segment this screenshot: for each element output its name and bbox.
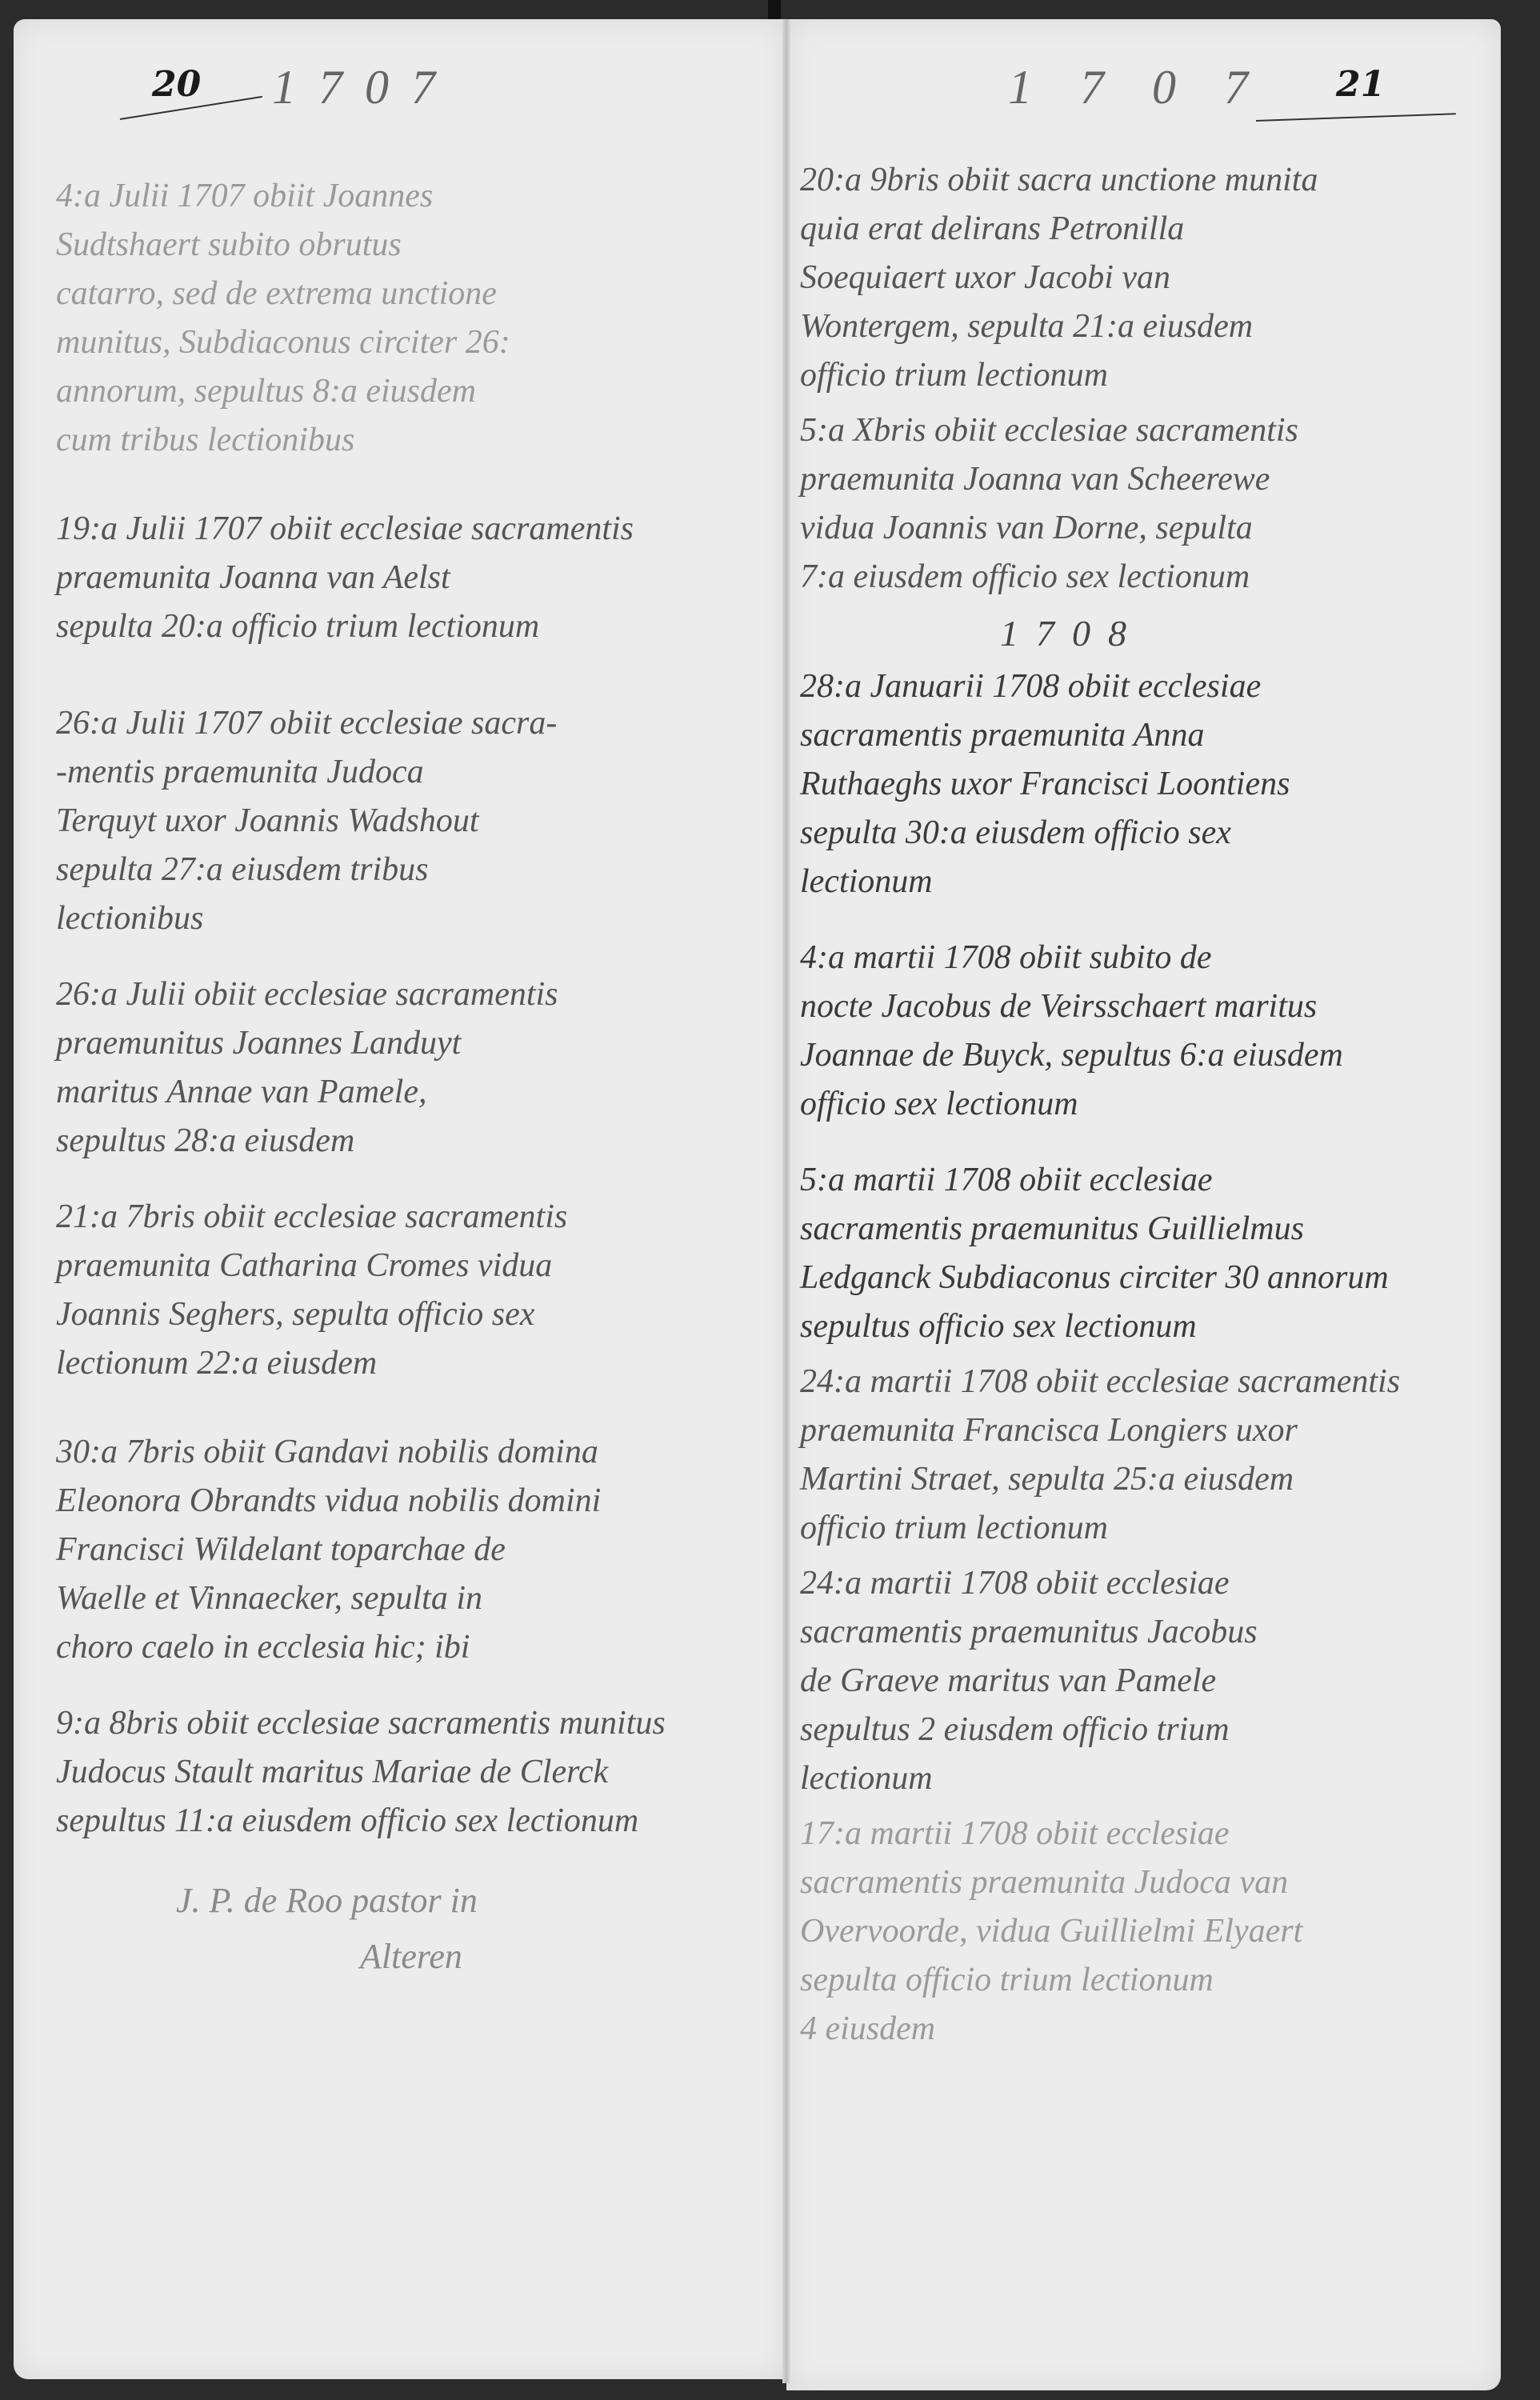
signature-place: Alteren	[176, 1929, 776, 1985]
folio-number-left: 20	[152, 64, 201, 105]
entry-line: praemunita Francisca Longiers uxor	[800, 1406, 1496, 1455]
entry-left-7: 9:a 8bris obiit ecclesiae sacramentis mu…	[56, 1699, 776, 1846]
entry-line: sepultus 28:a eiusdem	[56, 1117, 776, 1166]
entry-left-4: 26:a Julii obiit ecclesiae sacramentis p…	[56, 970, 776, 1166]
entry-line: 24:a martii 1708 obiit ecclesiae	[800, 1559, 1496, 1608]
entry-line: Terquyt uxor Joannis Wadshout	[56, 797, 776, 846]
entry-line: lectionum 22:a eiusdem	[56, 1339, 776, 1388]
signature-line: J. P. de Roo pastor in	[176, 1873, 776, 1929]
entry-line: praemunitus Joannes Landuyt	[56, 1019, 776, 1068]
entry-line: de Graeve maritus van Pamele	[800, 1657, 1496, 1706]
entry-line: 4:a Julii 1707 obiit Joannes	[56, 172, 776, 221]
entry-line: 20:a 9bris obiit sacra unctione munita	[800, 156, 1496, 205]
entry-line: nocte Jacobus de Veirsschaert maritus	[800, 982, 1496, 1031]
entry-line: praemunita Joanna van Scheerewe	[800, 455, 1496, 504]
entry-line: lectionibus	[56, 894, 776, 943]
entry-right-4: 4:a martii 1708 obiit subito de nocte Ja…	[800, 934, 1496, 1129]
entry-line: sepultus officio sex lectionum	[800, 1302, 1496, 1351]
entry-line: quia erat delirans Petronilla	[800, 205, 1496, 254]
entry-line: lectionum	[800, 858, 1496, 906]
spine-top	[768, 0, 781, 19]
entry-line: vidua Joannis van Dorne, sepulta	[800, 504, 1496, 553]
entry-line: annorum, sepultus 8:a eiusdem	[56, 367, 776, 416]
entry-line: cum tribus lectionibus	[56, 416, 776, 465]
right-entries: 20:a 9bris obiit sacra unctione munita q…	[800, 156, 1496, 2081]
entry-left-1: 4:a Julii 1707 obiit Joannes Sudtshaert …	[56, 172, 776, 465]
year-header-left: 1707	[272, 60, 458, 115]
entry-line: officio sex lectionum	[800, 1080, 1496, 1129]
entry-line: praemunita Catharina Cromes vidua	[56, 1242, 776, 1290]
entry-line: officio trium lectionum	[800, 351, 1496, 400]
entry-line: 30:a 7bris obiit Gandavi nobilis domina	[56, 1428, 776, 1477]
entry-line: Wontergem, sepulta 21:a eiusdem	[800, 302, 1496, 351]
entry-right-5: 5:a martii 1708 obiit ecclesiae sacramen…	[800, 1156, 1496, 1351]
entry-line: sepulta officio trium lectionum	[800, 1956, 1496, 2005]
entry-right-1: 20:a 9bris obiit sacra unctione munita q…	[800, 156, 1496, 400]
pastor-signature: J. P. de Roo pastor in Alteren	[56, 1873, 776, 1985]
entry-line: Eleonora Obrandts vidua nobilis domini	[56, 1477, 776, 1526]
entry-right-8: 17:a martii 1708 obiit ecclesiae sacrame…	[800, 1810, 1496, 2054]
entry-line: sepulta 27:a eiusdem tribus	[56, 846, 776, 894]
book-gutter	[782, 19, 790, 2383]
entry-line: 21:a 7bris obiit ecclesiae sacramentis	[56, 1193, 776, 1242]
entry-line: sacramentis praemunitus Jacobus	[800, 1608, 1496, 1657]
entry-line: munitus, Subdiaconus circiter 26:	[56, 318, 776, 367]
entry-line: 26:a Julii obiit ecclesiae sacramentis	[56, 970, 776, 1019]
entry-line: 5:a martii 1708 obiit ecclesiae	[800, 1156, 1496, 1205]
entry-line: 7:a eiusdem officio sex lectionum	[800, 553, 1496, 602]
entry-line: sepulta 30:a eiusdem officio sex	[800, 809, 1496, 858]
entry-line: Overvoorde, vidua Guillielmi Elyaert	[800, 1907, 1496, 1956]
entry-line: catarro, sed de extrema unctione	[56, 270, 776, 318]
entry-line: sacramentis praemunitus Guillielmus	[800, 1205, 1496, 1254]
entry-left-5: 21:a 7bris obiit ecclesiae sacramentis p…	[56, 1193, 776, 1388]
folio-number-right: 21	[1336, 64, 1385, 105]
entry-line: Ledganck Subdiaconus circiter 30 annorum	[800, 1254, 1496, 1302]
entry-right-7: 24:a martii 1708 obiit ecclesiae sacrame…	[800, 1559, 1496, 1803]
entry-line: Joannae de Buyck, sepultus 6:a eiusdem	[800, 1031, 1496, 1080]
entry-line: 28:a Januarii 1708 obiit ecclesiae	[800, 662, 1496, 711]
year-header-right: 1707	[1008, 60, 1296, 115]
entry-line: Soequiaert uxor Jacobi van	[800, 254, 1496, 302]
entry-line: 9:a 8bris obiit ecclesiae sacramentis mu…	[56, 1699, 776, 1748]
entry-line: Joannis Seghers, sepulta officio sex	[56, 1290, 776, 1339]
entry-left-3: 26:a Julii 1707 obiit ecclesiae sacra- -…	[56, 699, 776, 943]
entry-line: Judocus Stault maritus Mariae de Clerck	[56, 1748, 776, 1797]
entry-left-6: 30:a 7bris obiit Gandavi nobilis domina …	[56, 1428, 776, 1672]
entry-right-6: 24:a martii 1708 obiit ecclesiae sacrame…	[800, 1358, 1496, 1553]
entry-line: officio trium lectionum	[800, 1504, 1496, 1553]
entry-line: 19:a Julii 1707 obiit ecclesiae sacramen…	[56, 505, 776, 554]
entry-line: sepulta 20:a officio trium lectionum	[56, 602, 776, 651]
entry-line: -mentis praemunita Judoca	[56, 748, 776, 797]
entry-line: 17:a martii 1708 obiit ecclesiae	[800, 1810, 1496, 1858]
entry-line: Sudtshaert subito obrutus	[56, 221, 776, 270]
entry-line: lectionum	[800, 1754, 1496, 1803]
entry-right-2: 5:a Xbris obiit ecclesiae sacramentis pr…	[800, 406, 1496, 602]
entry-line: choro caelo in ecclesia hic; ibi	[56, 1623, 776, 1672]
entry-left-2: 19:a Julii 1707 obiit ecclesiae sacramen…	[56, 505, 776, 651]
entry-line: Martini Straet, sepulta 25:a eiusdem	[800, 1455, 1496, 1504]
entry-line: Francisci Wildelant toparchae de	[56, 1526, 776, 1574]
entry-line: 4 eiusdem	[800, 2005, 1496, 2054]
entry-line: praemunita Joanna van Aelst	[56, 554, 776, 602]
entry-line: sepultus 11:a eiusdem officio sex lectio…	[56, 1797, 776, 1846]
entry-right-3: 28:a Januarii 1708 obiit ecclesiae sacra…	[800, 662, 1496, 906]
entry-line: maritus Annae van Pamele,	[56, 1068, 776, 1117]
entry-line: 26:a Julii 1707 obiit ecclesiae sacra-	[56, 699, 776, 748]
entry-line: 5:a Xbris obiit ecclesiae sacramentis	[800, 406, 1496, 455]
entry-line: sacramentis praemunita Judoca van	[800, 1858, 1496, 1907]
entry-line: sepultus 2 eiusdem officio trium	[800, 1706, 1496, 1754]
entry-line: Ruthaeghs uxor Francisci Loontiens	[800, 760, 1496, 809]
left-entries: 4:a Julii 1707 obiit Joannes Sudtshaert …	[56, 172, 776, 1985]
entry-line: 24:a martii 1708 obiit ecclesiae sacrame…	[800, 1358, 1496, 1406]
year-subheading-1708: 1708	[800, 613, 1496, 654]
entry-line: sacramentis praemunita Anna	[800, 711, 1496, 760]
entry-line: 4:a martii 1708 obiit subito de	[800, 934, 1496, 982]
entry-line: Waelle et Vinnaecker, sepulta in	[56, 1574, 776, 1623]
